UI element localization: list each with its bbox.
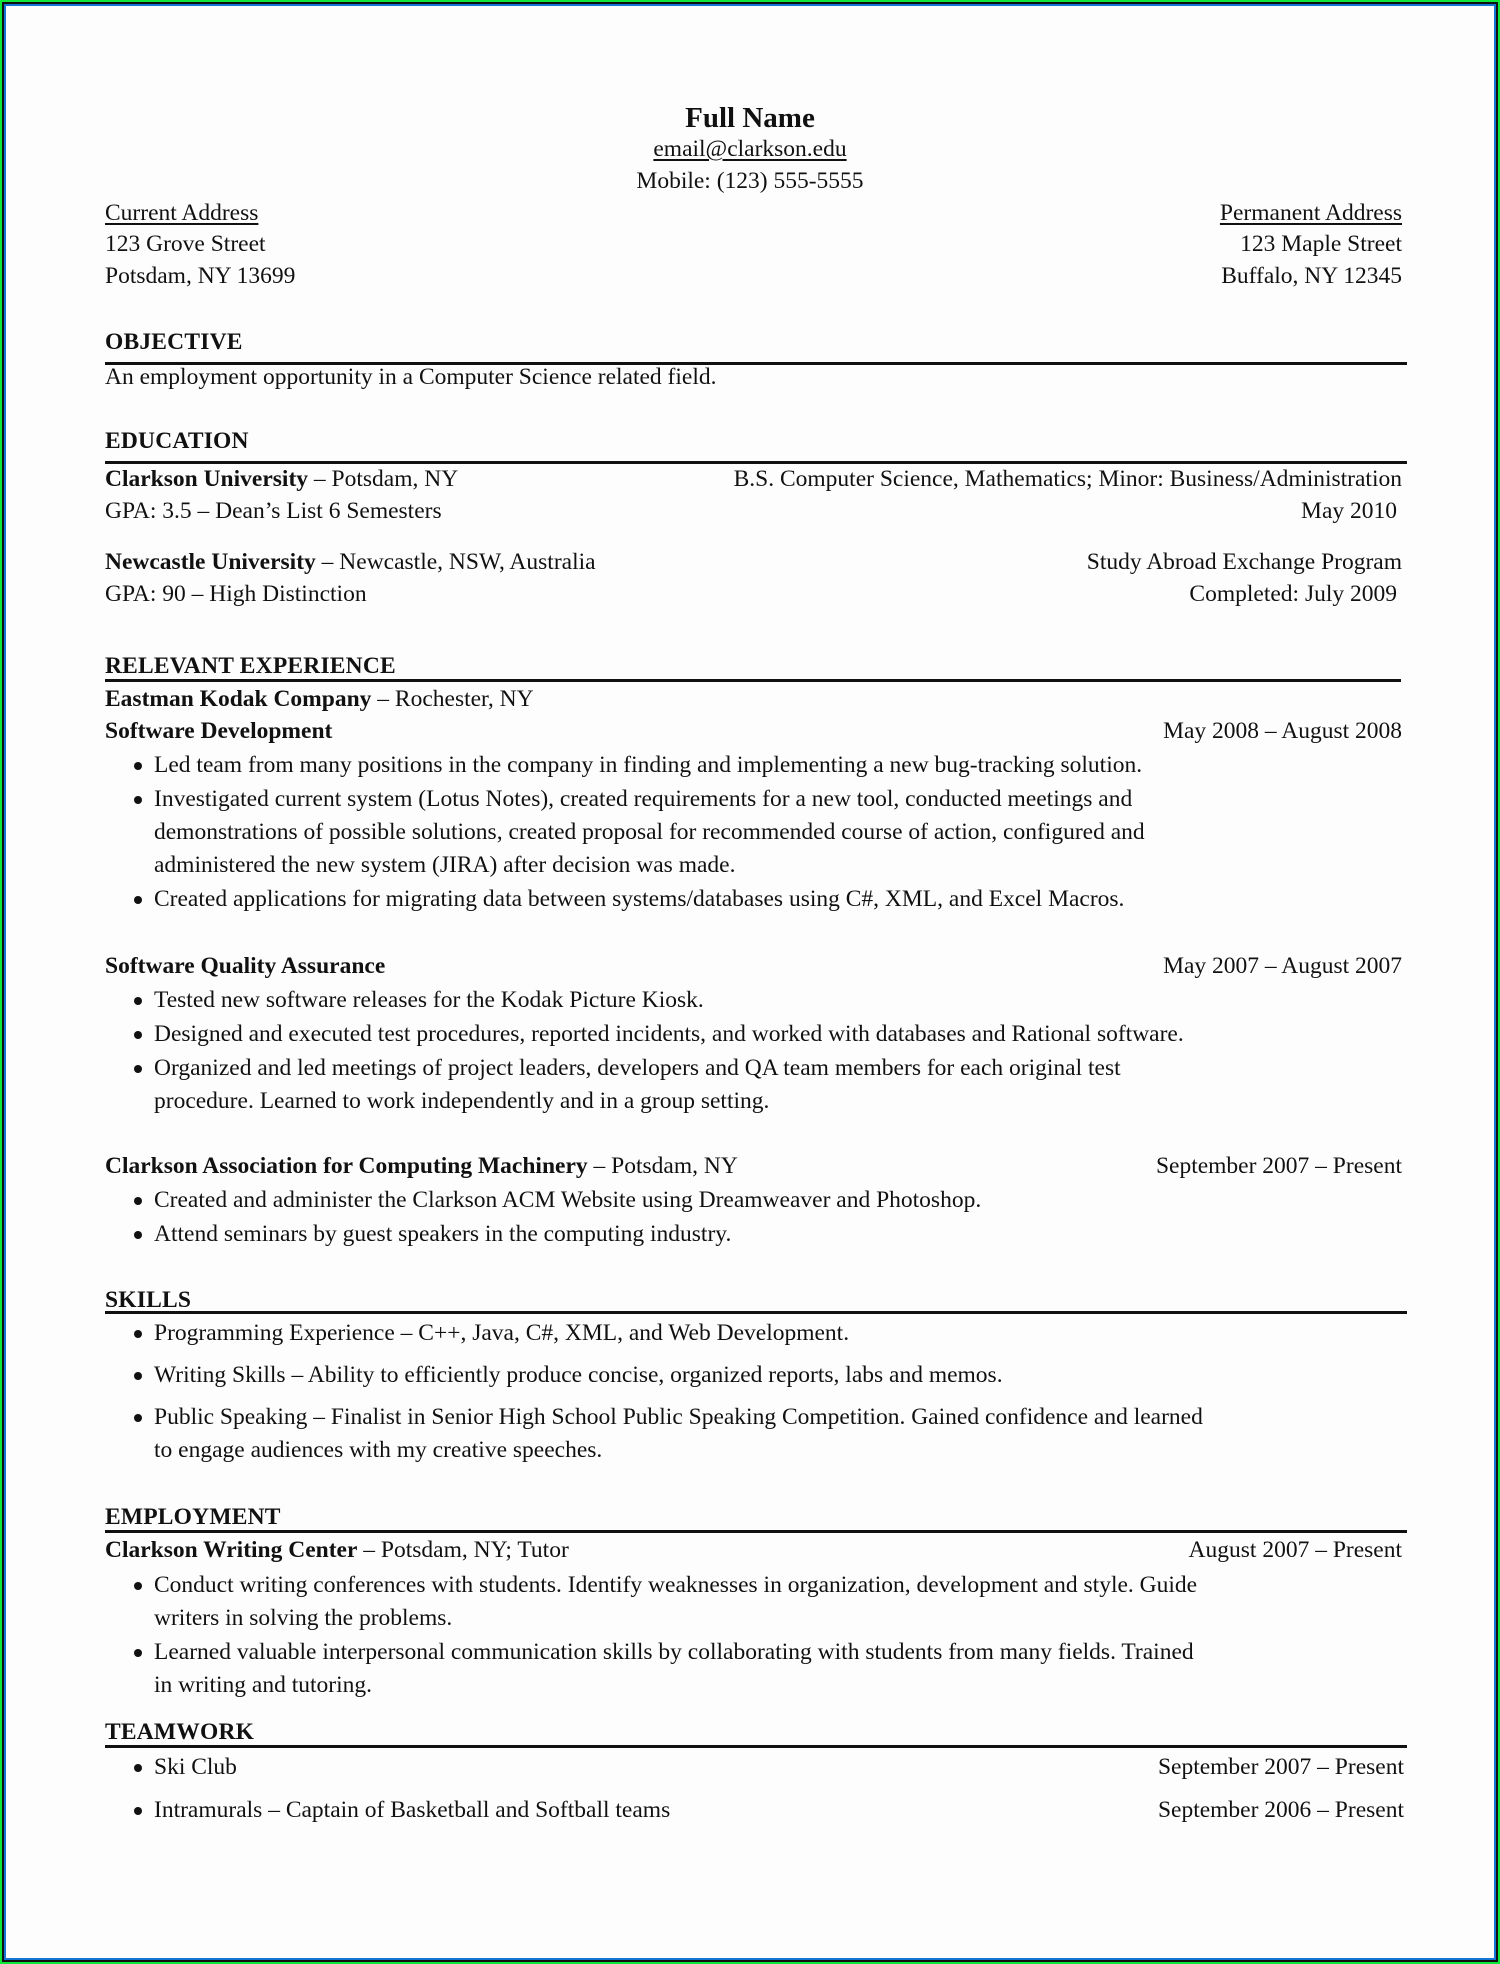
objective-text: An employment opportunity in a Computer …: [105, 363, 717, 391]
bullet-icon: [134, 1330, 142, 1338]
section-heading-employment: EMPLOYMENT: [105, 1503, 281, 1531]
section-rule: [105, 679, 1401, 682]
bullet-text: Writing Skills – Ability to efficiently …: [154, 1361, 1003, 1389]
school-location: – Newcastle, NSW, Australia: [316, 549, 596, 575]
acm-date: September 2007 – Present: [1156, 1152, 1402, 1180]
employment-detail: – Potsdam, NY; Tutor: [357, 1537, 568, 1563]
employment-date: August 2007 – Present: [1189, 1536, 1402, 1564]
role-title: Software Quality Assurance: [105, 952, 385, 980]
school-location: – Potsdam, NY: [308, 466, 458, 492]
bullet-icon: [134, 1582, 142, 1590]
bullet-text: in writing and tutoring.: [154, 1671, 372, 1699]
bullet-icon: [134, 1065, 142, 1073]
bullet-icon: [134, 1764, 142, 1772]
bullet-icon: [134, 762, 142, 770]
permanent-address-line2: Buffalo, NY 12345: [1221, 262, 1402, 290]
bullet-text: Attend seminars by guest speakers in the…: [154, 1220, 731, 1248]
bullet-icon: [134, 796, 142, 804]
organization-name: Clarkson Writing Center: [105, 1537, 357, 1563]
employment-organization: Clarkson Writing Center – Potsdam, NY; T…: [105, 1536, 569, 1564]
permanent-address-label: Permanent Address: [1220, 199, 1402, 227]
company-location: – Rochester, NY: [371, 686, 533, 712]
permanent-address-line1: 123 Maple Street: [1240, 230, 1402, 258]
bullet-icon: [134, 1197, 142, 1205]
section-rule: [105, 461, 1407, 464]
mobile-number: Mobile: (123) 555-5555: [6, 167, 1494, 195]
experience-company: Eastman Kodak Company – Rochester, NY: [105, 685, 534, 713]
acm-organization: Clarkson Association for Computing Machi…: [105, 1152, 738, 1180]
email-text[interactable]: email@clarkson.edu: [653, 136, 846, 162]
bullet-text: Learned valuable interpersonal communica…: [154, 1638, 1194, 1666]
bullet-icon: [134, 1231, 142, 1239]
education-date: May 2010: [1301, 497, 1397, 525]
section-heading-objective: OBJECTIVE: [105, 328, 243, 356]
organization-location: – Potsdam, NY: [588, 1153, 738, 1179]
bullet-text: Created and administer the Clarkson ACM …: [154, 1186, 981, 1214]
section-heading-education: EDUCATION: [105, 427, 249, 455]
section-heading-teamwork: TEAMWORK: [105, 1718, 254, 1746]
teamwork-date: September 2006 – Present: [1158, 1796, 1404, 1824]
education-degree: B.S. Computer Science, Mathematics; Mino…: [734, 465, 1402, 493]
bullet-text: procedure. Learned to work independently…: [154, 1087, 769, 1115]
current-address-line1: 123 Grove Street: [105, 230, 266, 258]
bullet-icon: [134, 1414, 142, 1422]
bullet-text: Created applications for migrating data …: [154, 885, 1124, 913]
bullet-text: to engage audiences with my creative spe…: [154, 1436, 602, 1464]
current-address-line2: Potsdam, NY 13699: [105, 262, 295, 290]
bullet-icon: [134, 1031, 142, 1039]
section-heading-experience: RELEVANT EXPERIENCE: [105, 652, 396, 680]
bullet-text: Led team from many positions in the comp…: [154, 751, 1142, 779]
bullet-icon: [134, 1807, 142, 1815]
email-link[interactable]: email@clarkson.edu: [6, 135, 1494, 163]
section-rule: [105, 1530, 1407, 1533]
education-date: Completed: July 2009: [1189, 580, 1397, 608]
bullet-icon: [134, 997, 142, 1005]
role-title: Software Development: [105, 717, 332, 745]
bullet-icon: [134, 1372, 142, 1380]
school-name: Newcastle University: [105, 549, 316, 575]
education-gpa: GPA: 90 – High Distinction: [105, 580, 367, 608]
role-date: May 2007 – August 2007: [1163, 952, 1402, 980]
section-rule: [105, 1311, 1407, 1314]
bullet-text: Programming Experience – C++, Java, C#, …: [154, 1319, 849, 1347]
teamwork-date: September 2007 – Present: [1158, 1753, 1404, 1781]
education-school: Newcastle University – Newcastle, NSW, A…: [105, 548, 596, 576]
bullet-icon: [134, 1649, 142, 1657]
bullet-text: Organized and led meetings of project le…: [154, 1054, 1121, 1082]
bullet-text: administered the new system (JIRA) after…: [154, 851, 735, 879]
organization-name: Clarkson Association for Computing Machi…: [105, 1153, 588, 1179]
current-address-label: Current Address: [105, 199, 258, 227]
bullet-text: writers in solving the problems.: [154, 1604, 452, 1632]
education-school: Clarkson University – Potsdam, NY: [105, 465, 458, 493]
bullet-text: demonstrations of possible solutions, cr…: [154, 818, 1145, 846]
full-name: Full Name: [6, 104, 1494, 132]
bullet-text: Designed and executed test procedures, r…: [154, 1020, 1184, 1048]
bullet-text: Tested new software releases for the Kod…: [154, 986, 704, 1014]
section-heading-skills: SKILLS: [105, 1286, 191, 1314]
role-date: May 2008 – August 2008: [1163, 717, 1402, 745]
section-rule: [105, 1745, 1407, 1748]
school-name: Clarkson University: [105, 466, 308, 492]
education-gpa: GPA: 3.5 – Dean’s List 6 Semesters: [105, 497, 442, 525]
teamwork-item: Ski Club: [154, 1753, 237, 1781]
bullet-text: Conduct writing conferences with student…: [154, 1571, 1197, 1599]
teamwork-item: Intramurals – Captain of Basketball and …: [154, 1796, 670, 1824]
bullet-text: Public Speaking – Finalist in Senior Hig…: [154, 1403, 1203, 1431]
resume-page: Full Name email@clarkson.edu Mobile: (12…: [6, 6, 1494, 1958]
bullet-icon: [134, 896, 142, 904]
company-name: Eastman Kodak Company: [105, 686, 371, 712]
bullet-text: Investigated current system (Lotus Notes…: [154, 785, 1132, 813]
education-degree: Study Abroad Exchange Program: [1087, 548, 1402, 576]
